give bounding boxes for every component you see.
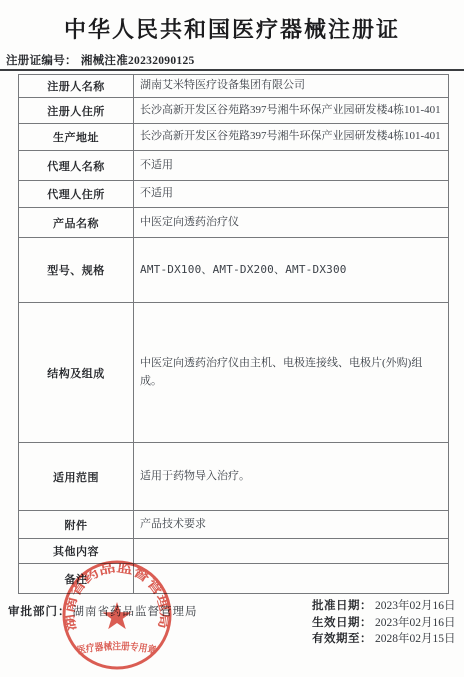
row-label: 型号、规格 [19,238,134,303]
document-title: 中华人民共和国医疗器械注册证 [0,13,464,44]
registration-number-label: 注册证编号： [6,55,77,67]
effective-date-line: 生效日期：2023年02月16日 [312,615,456,632]
row-label: 代理人住所 [19,181,134,208]
row-value [134,564,449,594]
table-row: 生产地址 长沙高新开发区谷苑路397号湘牛环保产业园研发楼4栋101-401 [19,124,449,151]
effective-date-value: 2023年02月16日 [375,617,456,629]
row-label: 附件 [19,511,134,539]
approval-dates: 批准日期：2023年02月16日 生效日期：2023年02月16日 有效期至：2… [312,598,456,648]
row-label: 其他内容 [19,539,134,564]
approval-date-line: 批准日期：2023年02月16日 [312,598,456,615]
certificate-table: 注册人名称 湖南艾米特医疗设备集团有限公司 注册人住所 长沙高新开发区谷苑路39… [18,74,449,594]
row-label: 生产地址 [19,124,134,151]
table-row: 型号、规格 AMT-DX100、AMT-DX200、AMT-DX300 [19,238,449,303]
table-row: 附件 产品技术要求 [19,511,449,539]
certificate-page: 中华人民共和国医疗器械注册证 注册证编号：湘械注准20232090125 注册人… [0,0,464,677]
row-label: 适用范围 [19,443,134,511]
approval-department-label: 审批部门： [8,606,71,618]
table-row: 备注 [19,564,449,594]
row-value: 产品技术要求 [134,511,449,539]
row-label: 产品名称 [19,208,134,238]
table-row: 代理人住所 不适用 [19,181,449,208]
svg-text:医疗器械注册专用章: 医疗器械注册专用章 [76,639,157,656]
row-value: 适用于药物导入治疗。 [134,443,449,511]
row-label: 注册人住所 [19,98,134,124]
row-label: 注册人名称 [19,75,134,98]
seal-bottom-text: 医疗器械注册专用章 [76,639,157,656]
effective-date-label: 生效日期： [312,617,372,629]
row-value: 不适用 [134,181,449,208]
expiry-date-line: 有效期至：2028年02月15日 [312,631,456,648]
row-label: 备注 [19,564,134,594]
row-value: 长沙高新开发区谷苑路397号湘牛环保产业园研发楼4栋101-401 [134,98,449,124]
table-row: 适用范围 适用于药物导入治疗。 [19,443,449,511]
table-row: 注册人名称 湖南艾米特医疗设备集团有限公司 [19,75,449,98]
row-label: 代理人名称 [19,151,134,181]
divider-rule [0,69,464,71]
table-row: 代理人名称 不适用 [19,151,449,181]
row-value: 不适用 [134,151,449,181]
row-value: 长沙高新开发区谷苑路397号湘牛环保产业园研发楼4栋101-401 [134,124,449,151]
table-row: 其他内容 [19,539,449,564]
registration-number: 注册证编号：湘械注准20232090125 [6,52,195,68]
row-value: 中医定向透药治疗仪由主机、电极连接线、电极片(外购)组成。 [134,303,449,443]
approval-date-value: 2023年02月16日 [375,600,456,612]
expiry-date-label: 有效期至： [312,633,372,645]
row-value: AMT-DX100、AMT-DX200、AMT-DX300 [134,238,449,303]
table-row: 注册人住所 长沙高新开发区谷苑路397号湘牛环保产业园研发楼4栋101-401 [19,98,449,124]
expiry-date-value: 2028年02月15日 [375,633,456,645]
row-value: 中医定向透药治疗仪 [134,208,449,238]
row-label: 结构及组成 [19,303,134,443]
approval-department-value: 湖南省药品监督管理局 [73,606,198,618]
table-row: 产品名称 中医定向透药治疗仪 [19,208,449,238]
row-value [134,539,449,564]
registration-number-value: 湘械注准20232090125 [81,55,195,67]
approval-department: 审批部门：湖南省药品监督管理局 [8,603,198,619]
approval-date-label: 批准日期： [312,600,372,612]
row-value: 湖南艾米特医疗设备集团有限公司 [134,75,449,98]
table-row: 结构及组成 中医定向透药治疗仪由主机、电极连接线、电极片(外购)组成。 [19,303,449,443]
